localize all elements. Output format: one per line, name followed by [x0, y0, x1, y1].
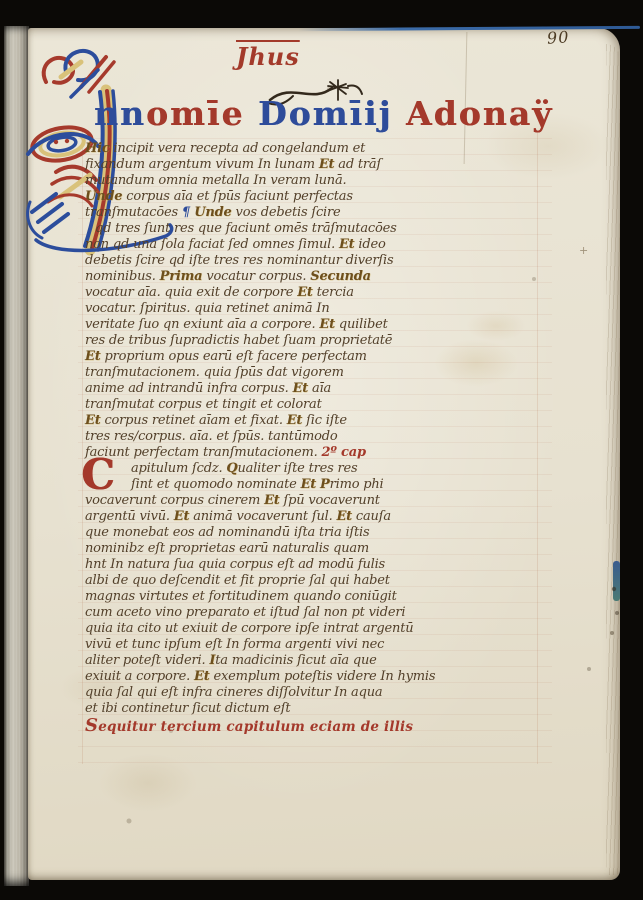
text-segment: ſic iſte	[302, 413, 347, 428]
text-area: Hic incipit vera recepta ad congelandum …	[85, 141, 543, 735]
manuscript-text-line: cum aceto vino preparato et iſtud ſal no…	[85, 605, 543, 621]
text-segment: quia ſal qui eſt infra cineres diſſolvit…	[85, 685, 382, 700]
manuscript-text-line: que monebat eos ad nominandū iſta tria i…	[85, 525, 543, 541]
manuscript-text-line: Hic incipit vera recepta ad congelandum …	[85, 141, 543, 157]
text-segment: vocatur corpus.	[202, 269, 310, 284]
manuscript-text-line: nominibus. Prima vocatur corpus. Secunda	[85, 269, 543, 285]
text-block-1: Hic incipit vera recepta ad congelandum …	[85, 141, 543, 461]
text-segment: res de tribus ſupradictis habet ſuam pro…	[85, 333, 392, 348]
text-segment: Hic	[85, 141, 110, 156]
manuscript-text-line: tranſmutacionem. quia ſpūs dat vigorem	[85, 365, 543, 381]
text-segment: Q	[226, 461, 237, 476]
manuscript-text-line: et ibi continetur ſicut dictum eſt	[85, 701, 543, 717]
text-segment: tres res/corpus. aīa. et ſpūs. tantūmodo	[85, 429, 338, 444]
text-segment: quia ita cito ut exiuit de corpore ipſe …	[85, 621, 413, 636]
text-segment: argentū vivū.	[85, 509, 174, 524]
text-segment: Prima	[160, 269, 203, 284]
text-segment: tercia	[313, 285, 354, 300]
text-segment: ſint et quomodo nominate	[131, 477, 301, 492]
manuscript-text-line: tranſmutacōes ¶ Unde vos debetis ſcire	[85, 205, 543, 221]
text-segment: tranſmutacōes	[85, 205, 182, 220]
text-segment: apitulum ſcdz.	[131, 461, 226, 476]
text-segment: que monebat eos ad nominandū iſta tria i…	[85, 525, 369, 540]
text-segment: ualiter iſte tres res	[237, 461, 357, 476]
text-segment: exiuit a corpore.	[85, 669, 194, 684]
manuscript-text-line: magnas virtutes et fortitudinem quando c…	[85, 589, 543, 605]
manuscript-text-line: veritate ſuo qn exiunt aīa a corpore. Et…	[85, 317, 543, 333]
text-segment: faciunt perfectam tranſmutacionem.	[85, 445, 322, 460]
text-segment: ad trāſ	[334, 157, 381, 172]
text-segment: et ibi continetur ſicut dictum eſt	[85, 701, 290, 716]
text-segment: Adonaÿ	[406, 94, 553, 133]
text-segment: debetis ſcire qd iſte tres res nominantu…	[85, 253, 393, 268]
manuscript-text-line: Et proprium opus earū eſt facere perfect…	[85, 349, 543, 365]
text-segment: qd tres ſunt res que faciunt omēs trāſmu…	[95, 221, 397, 236]
text-segment: Unde	[194, 205, 231, 220]
manuscript-text-line: nominibz eſt proprietas earū naturalis q…	[85, 541, 543, 557]
manuscript-text-line: Unde corpus aīa et ſpūs faciunt perfecta…	[85, 189, 543, 205]
manuscript-text-line: vivū et tunc ipſum eſt In forma argenti …	[85, 637, 543, 653]
text-segment: Et	[287, 413, 303, 428]
text-segment: vocatur. ſpiritus. quia retinet animā In	[85, 301, 330, 316]
text-segment: aliter poteſt videri.	[85, 653, 209, 668]
text-block-2: C apitulum ſcdz. Qualiter iſte tres resſ…	[85, 461, 543, 717]
text-segment: 2º cap	[322, 445, 366, 460]
text-segment: Et	[319, 317, 335, 332]
text-segment: Et	[264, 493, 280, 508]
manuscript-text-line: fixandum argentum vivum In lunam Et ad t…	[85, 157, 543, 173]
text-segment: quilibet	[335, 317, 388, 332]
text-segment: albi de quo deſcendit et fit proprie ſal…	[85, 573, 390, 588]
manuscript-text-line: hnt In natura ſua quia corpus eſt ad mod…	[85, 557, 543, 573]
text-segment: omīe	[146, 94, 258, 133]
manuscript-text-line: tres res/corpus. aīa. et ſpūs. tantūmodo	[85, 429, 543, 445]
text-segment: ſpū vocaverunt	[280, 493, 380, 508]
text-segment: veritate ſuo qn exiunt aīa a corpore.	[85, 317, 319, 332]
text-segment: Et	[297, 285, 313, 300]
manuscript-text-line: albi de quo deſcendit et fit proprie ſal…	[85, 573, 543, 589]
manuscript-text-line: non qd una ſola faciat ſed omnes ſimul. …	[85, 237, 543, 253]
manuscript-text-line: vocatur. ſpiritus. quia retinet animā In	[85, 301, 543, 317]
manuscript-text-line: apitulum ſcdz. Qualiter iſte tres res	[85, 461, 543, 477]
manuscript-text-line: exiuit a corpore. Et exemplum poteſtis v…	[85, 669, 543, 685]
text-segment: cauſa	[352, 509, 391, 524]
text-segment: Et	[339, 237, 355, 252]
manuscript-text-line: quia ita cito ut exiuit de corpore ipſe …	[85, 621, 543, 637]
manuscript-text-line: vocaverunt corpus cinerem Et ſpū vocaver…	[85, 493, 543, 509]
text-segment: Et	[293, 381, 309, 396]
text-segment: ideo	[354, 237, 385, 252]
text-segment: Et	[319, 157, 335, 172]
text-segment: fixandum argentum vivum In lunam	[85, 157, 319, 172]
text-segment: Et	[85, 349, 101, 364]
text-segment: Et	[301, 477, 317, 492]
manuscript-text-line: aliter poteſt videri. Ita madicinis ſicu…	[85, 653, 543, 669]
text-segment: tranſmutacionem. quia ſpūs dat vigorem	[85, 365, 344, 380]
text-segment: Et	[336, 509, 352, 524]
text-segment: ta madicinis ſicut aīa que	[215, 653, 376, 668]
text-segment: incipit vera recepta ad congelandum et	[110, 141, 366, 156]
book-fore-edge-teal	[613, 561, 620, 601]
text-segment: non qd una ſola faciat ſed omnes ſimul.	[85, 237, 339, 252]
manuscript-photo: 90 + Jhus	[0, 0, 643, 900]
manuscript-text-line: anime ad intrandū infra corpus. Et aīa	[85, 381, 543, 397]
incipit-title: nnomīe Domīij Adonaÿ	[94, 94, 553, 133]
text-segment: proprium opus earū eſt facere perfectam	[101, 349, 367, 364]
text-segment: anime ad intrandū infra corpus.	[85, 381, 293, 396]
manuscript-page: 90 + Jhus	[28, 28, 620, 880]
text-segment: exemplum poteſtis videre In hymis	[210, 669, 436, 684]
text-segment: ¶	[182, 205, 194, 220]
page-edges-right	[606, 44, 620, 875]
manuscript-text-line: debetis ſcire qd iſte tres res nominantu…	[85, 253, 543, 269]
text-segment: Unde	[85, 189, 122, 204]
text-segment: Secunda	[310, 269, 371, 284]
rubric-line: Sequitur tercium capitulum eciam de illi…	[85, 717, 543, 735]
manuscript-text-line: Et corpus retinet aīam et fixat. Et ſic …	[85, 413, 543, 429]
text-segment: corpus aīa et ſpūs faciunt perfectas	[122, 189, 352, 204]
text-segment: vocatur aīa. quia exit de corpore	[85, 285, 297, 300]
text-segment: nn	[94, 94, 146, 133]
book-fore-edge-blue	[298, 26, 640, 31]
text-segment: cum aceto vino preparato et iſtud ſal no…	[85, 605, 405, 620]
text-segment: Et	[85, 413, 101, 428]
manuscript-text-line: argentū vivū. Et animā vocaverunt ſul. E…	[85, 509, 543, 525]
text-segment: corpus retinet aīam et fixat.	[101, 413, 287, 428]
text-segment: vos debetis ſcire	[232, 205, 341, 220]
ink-specks	[28, 28, 30, 30]
text-segment: Domīij	[258, 94, 406, 133]
folio-number: 90	[546, 27, 570, 48]
text-segment: vivū et tunc ipſum eſt In forma argenti …	[85, 637, 384, 652]
text-segment: magnas virtutes et fortitudinem quando c…	[85, 589, 397, 604]
margin-cross-mark: +	[579, 244, 588, 257]
manuscript-text-line: mutandum omnia metalla In veram lunā.	[85, 173, 543, 189]
text-segment: rimo phi	[330, 477, 384, 492]
text-segment: hnt In natura ſua quia corpus eſt ad mod…	[85, 557, 385, 572]
text-segment: Et	[174, 509, 190, 524]
text-segment: P	[320, 477, 330, 492]
manuscript-text-line: ſint et quomodo nominate Et Primo phi	[85, 477, 543, 493]
manuscript-text-line: qd tres ſunt res que faciunt omēs trāſmu…	[85, 221, 543, 237]
manuscript-text-line: vocatur aīa. quia exit de corpore Et ter…	[85, 285, 543, 301]
text-segment: mutandum omnia metalla In veram lunā.	[85, 173, 346, 188]
text-segment: nominibus.	[85, 269, 160, 284]
text-segment: tranſmutat corpus et tingit et colorat	[85, 397, 322, 412]
text-segment: aīa	[308, 381, 331, 396]
manuscript-text-line: res de tribus ſupradictis habet ſuam pro…	[85, 333, 543, 349]
text-segment: animā vocaverunt ſul.	[189, 509, 336, 524]
chapter-initial-C: C	[81, 457, 114, 493]
nomen-sacrum-header: Jhus	[236, 42, 300, 71]
manuscript-text-line: tranſmutat corpus et tingit et colorat	[85, 397, 543, 413]
manuscript-text-line: quia ſal qui eſt infra cineres diſſolvit…	[85, 685, 543, 701]
text-block-2-lines: apitulum ſcdz. Qualiter iſte tres resſin…	[85, 461, 543, 717]
manuscript-text-line: faciunt perfectam tranſmutacionem. 2º ca…	[85, 445, 543, 461]
text-segment: nominibz eſt proprietas earū naturalis q…	[85, 541, 369, 556]
text-segment: Et	[194, 669, 210, 684]
